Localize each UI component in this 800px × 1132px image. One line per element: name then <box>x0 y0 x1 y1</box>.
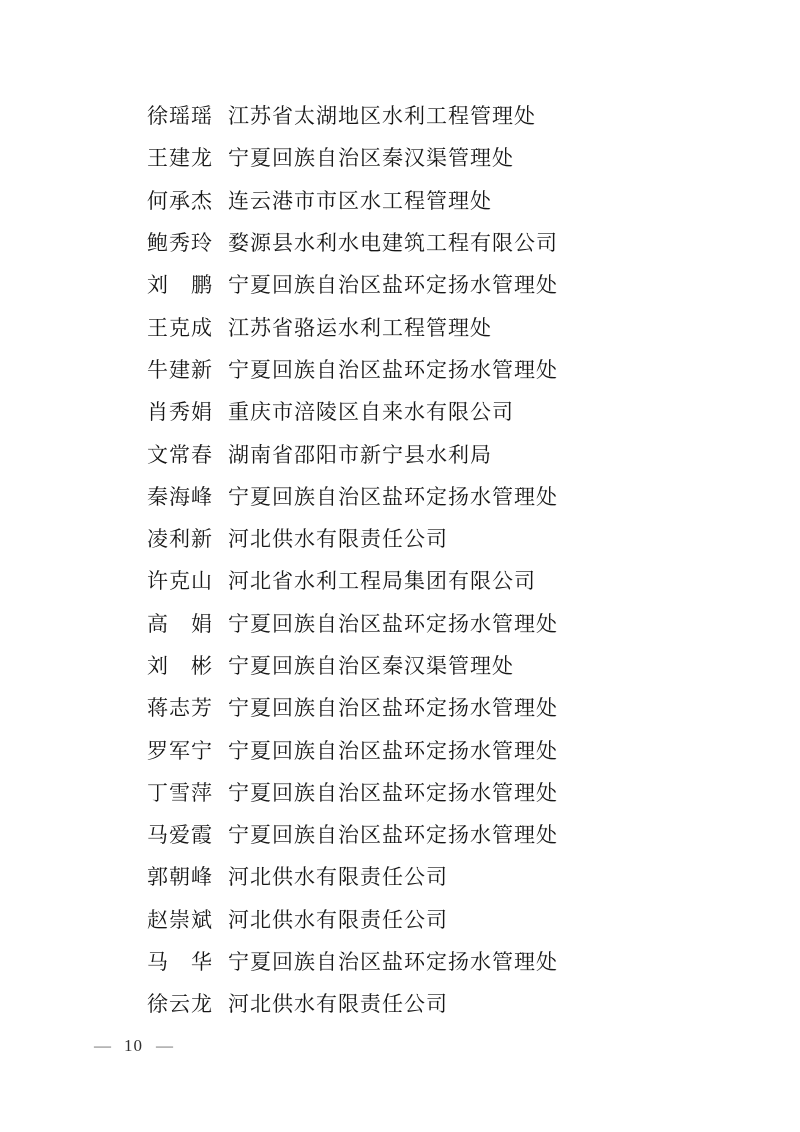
document-page: 徐瑶瑶江苏省太湖地区水利工程管理处王建龙宁夏回族自治区秦汉渠管理处何承杰连云港市… <box>0 0 800 1132</box>
person-name: 牛建新 <box>147 354 213 384</box>
person-name: 文常春 <box>147 439 213 469</box>
organization-name: 宁夏回族自治区秦汉渠管理处 <box>228 650 514 680</box>
organization-name: 宁夏回族自治区盐环定扬水管理处 <box>228 354 558 384</box>
roster-row: 赵崇斌河北供水有限责任公司 <box>147 898 558 940</box>
organization-name: 宁夏回族自治区盐环定扬水管理处 <box>228 481 558 511</box>
roster-row: 罗军宁宁夏回族自治区盐环定扬水管理处 <box>147 728 558 770</box>
roster-row: 秦海峰宁夏回族自治区盐环定扬水管理处 <box>147 475 558 517</box>
roster-row: 王克成江苏省骆运水利工程管理处 <box>147 305 558 347</box>
person-name: 郭朝峰 <box>147 861 213 891</box>
person-name: 高 娟 <box>147 608 213 638</box>
person-name: 徐云龙 <box>147 988 213 1018</box>
footer-right-dash: — <box>156 1036 173 1056</box>
organization-name: 宁夏回族自治区盐环定扬水管理处 <box>228 608 558 638</box>
person-name: 罗军宁 <box>147 735 213 765</box>
roster-row: 刘 鹏宁夏回族自治区盐环定扬水管理处 <box>147 263 558 305</box>
page-number: 10 <box>124 1036 143 1056</box>
roster-row: 许克山河北省水利工程局集团有限公司 <box>147 559 558 601</box>
organization-name: 重庆市涪陵区自来水有限公司 <box>228 396 514 426</box>
page-footer: — 10 — <box>94 1036 173 1056</box>
person-name: 刘 鹏 <box>147 269 213 299</box>
roster-list: 徐瑶瑶江苏省太湖地区水利工程管理处王建龙宁夏回族自治区秦汉渠管理处何承杰连云港市… <box>147 94 558 1025</box>
roster-row: 肖秀娟重庆市涪陵区自来水有限公司 <box>147 390 558 432</box>
organization-name: 宁夏回族自治区盐环定扬水管理处 <box>228 777 558 807</box>
person-name: 刘 彬 <box>147 650 213 680</box>
roster-row: 何承杰连云港市市区水工程管理处 <box>147 179 558 221</box>
roster-row: 牛建新宁夏回族自治区盐环定扬水管理处 <box>147 348 558 390</box>
person-name: 肖秀娟 <box>147 396 213 426</box>
roster-row: 文常春湖南省邵阳市新宁县水利局 <box>147 432 558 474</box>
roster-row: 徐瑶瑶江苏省太湖地区水利工程管理处 <box>147 94 558 136</box>
organization-name: 河北省水利工程局集团有限公司 <box>228 565 536 595</box>
person-name: 赵崇斌 <box>147 904 213 934</box>
organization-name: 湖南省邵阳市新宁县水利局 <box>228 439 492 469</box>
person-name: 王建龙 <box>147 142 213 172</box>
person-name: 王克成 <box>147 312 213 342</box>
person-name: 凌利新 <box>147 523 213 553</box>
organization-name: 河北供水有限责任公司 <box>228 523 448 553</box>
roster-row: 郭朝峰河北供水有限责任公司 <box>147 855 558 897</box>
roster-row: 鲍秀玲婺源县水利水电建筑工程有限公司 <box>147 221 558 263</box>
organization-name: 宁夏回族自治区盐环定扬水管理处 <box>228 692 558 722</box>
person-name: 何承杰 <box>147 185 213 215</box>
organization-name: 连云港市市区水工程管理处 <box>228 185 492 215</box>
roster-row: 蒋志芳宁夏回族自治区盐环定扬水管理处 <box>147 686 558 728</box>
person-name: 鲍秀玲 <box>147 227 213 257</box>
roster-row: 凌利新河北供水有限责任公司 <box>147 517 558 559</box>
organization-name: 河北供水有限责任公司 <box>228 988 448 1018</box>
roster-row: 丁雪萍宁夏回族自治区盐环定扬水管理处 <box>147 771 558 813</box>
organization-name: 宁夏回族自治区盐环定扬水管理处 <box>228 946 558 976</box>
person-name: 许克山 <box>147 565 213 595</box>
roster-row: 徐云龙河北供水有限责任公司 <box>147 982 558 1024</box>
organization-name: 江苏省骆运水利工程管理处 <box>228 312 492 342</box>
organization-name: 宁夏回族自治区盐环定扬水管理处 <box>228 269 558 299</box>
organization-name: 江苏省太湖地区水利工程管理处 <box>228 100 536 130</box>
person-name: 蒋志芳 <box>147 692 213 722</box>
person-name: 马爱霞 <box>147 819 213 849</box>
organization-name: 河北供水有限责任公司 <box>228 861 448 891</box>
person-name: 秦海峰 <box>147 481 213 511</box>
roster-row: 王建龙宁夏回族自治区秦汉渠管理处 <box>147 136 558 178</box>
organization-name: 婺源县水利水电建筑工程有限公司 <box>228 227 558 257</box>
organization-name: 宁夏回族自治区盐环定扬水管理处 <box>228 819 558 849</box>
person-name: 马 华 <box>147 946 213 976</box>
organization-name: 宁夏回族自治区盐环定扬水管理处 <box>228 735 558 765</box>
roster-row: 马 华宁夏回族自治区盐环定扬水管理处 <box>147 940 558 982</box>
roster-row: 马爱霞宁夏回族自治区盐环定扬水管理处 <box>147 813 558 855</box>
organization-name: 河北供水有限责任公司 <box>228 904 448 934</box>
person-name: 徐瑶瑶 <box>147 100 213 130</box>
roster-row: 高 娟宁夏回族自治区盐环定扬水管理处 <box>147 602 558 644</box>
footer-left-dash: — <box>94 1036 111 1056</box>
person-name: 丁雪萍 <box>147 777 213 807</box>
roster-row: 刘 彬宁夏回族自治区秦汉渠管理处 <box>147 644 558 686</box>
organization-name: 宁夏回族自治区秦汉渠管理处 <box>228 142 514 172</box>
